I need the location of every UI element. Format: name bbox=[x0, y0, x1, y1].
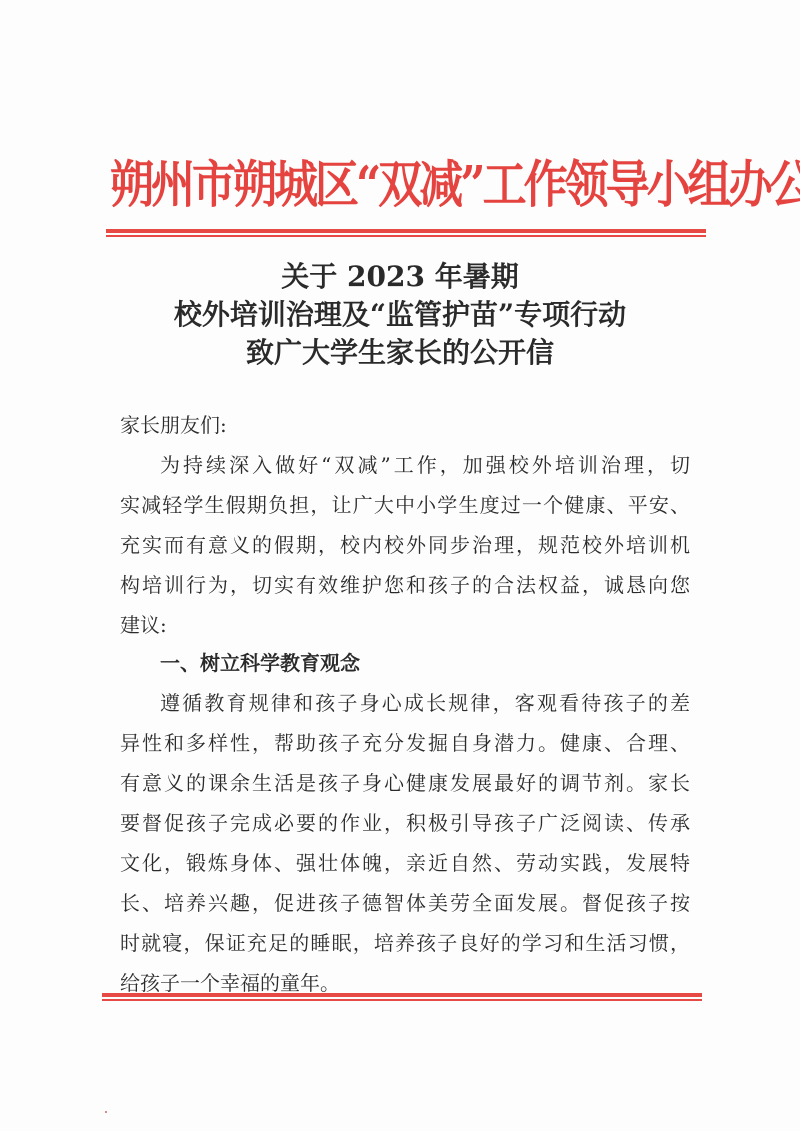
paragraph-line: 遵循教育规律和孩子身心成长规律，客观看待孩子的差 bbox=[120, 683, 690, 723]
scan-speck bbox=[105, 1111, 107, 1113]
paragraph-line: 要督促孩子完成必要的作业，积极引导孩子广泛阅读、传承 bbox=[120, 803, 690, 843]
paragraph-line: 实减轻学生假期负担，让广大中小学生度过一个健康、平安、 bbox=[120, 485, 690, 525]
paragraph-line: 文化，锻炼身体、强壮体魄，亲近自然、劳动实践，发展特 bbox=[120, 843, 690, 883]
title-line: 校外培训治理及“监管护苗”专项行动 bbox=[100, 296, 700, 334]
divider-thin-line bbox=[102, 999, 702, 1001]
document-title: 关于 2023 年暑期 校外培训治理及“监管护苗”专项行动 致广大学生家长的公开… bbox=[100, 258, 700, 372]
paragraph-line: 为持续深入做好“双减”工作，加强校外培训治理，切 bbox=[120, 445, 690, 485]
intro-paragraph: 为持续深入做好“双减”工作，加强校外培训治理，切 实减轻学生假期负担，让广大中小… bbox=[120, 445, 690, 645]
paragraph-line: 构培训行为，切实有效维护您和孩子的合法权益，诚恳向您 bbox=[120, 565, 690, 605]
organization-header: 朔州市朔城区“双减”工作领导小组办公室 bbox=[110, 145, 706, 228]
header-divider bbox=[106, 229, 706, 238]
paragraph-line: 时就寝，保证充足的睡眠，培养孩子良好的学习和生活习惯， bbox=[120, 923, 690, 963]
paragraph-line: 有意义的课余生活是孩子身心健康发展最好的调节剂。家长 bbox=[120, 763, 690, 803]
document-page: 朔州市朔城区“双减”工作领导小组办公室 关于 2023 年暑期 校外培训治理及“… bbox=[0, 0, 800, 1131]
divider-thick-line bbox=[102, 993, 702, 997]
divider-thin-line bbox=[106, 235, 706, 237]
section-1: 一、树立科学教育观念 遵循教育规律和孩子身心成长规律，客观看待孩子的差 异性和多… bbox=[120, 643, 690, 1003]
section-heading: 一、树立科学教育观念 bbox=[120, 643, 690, 683]
salutation: 家长朋友们: bbox=[120, 405, 690, 445]
footer-divider bbox=[102, 993, 702, 1002]
salutation-block: 家长朋友们: bbox=[120, 405, 690, 445]
title-line: 致广大学生家长的公开信 bbox=[100, 334, 700, 372]
paragraph-line: 异性和多样性，帮助孩子充分发掘自身潜力。健康、合理、 bbox=[120, 723, 690, 763]
divider-thick-line bbox=[106, 229, 706, 233]
paragraph-line: 长、培养兴趣，促进孩子德智体美劳全面发展。督促孩子按 bbox=[120, 883, 690, 923]
title-line: 关于 2023 年暑期 bbox=[100, 258, 700, 296]
paragraph-line: 建议: bbox=[120, 605, 690, 645]
paragraph-line: 充实而有意义的假期，校内校外同步治理，规范校外培训机 bbox=[120, 525, 690, 565]
